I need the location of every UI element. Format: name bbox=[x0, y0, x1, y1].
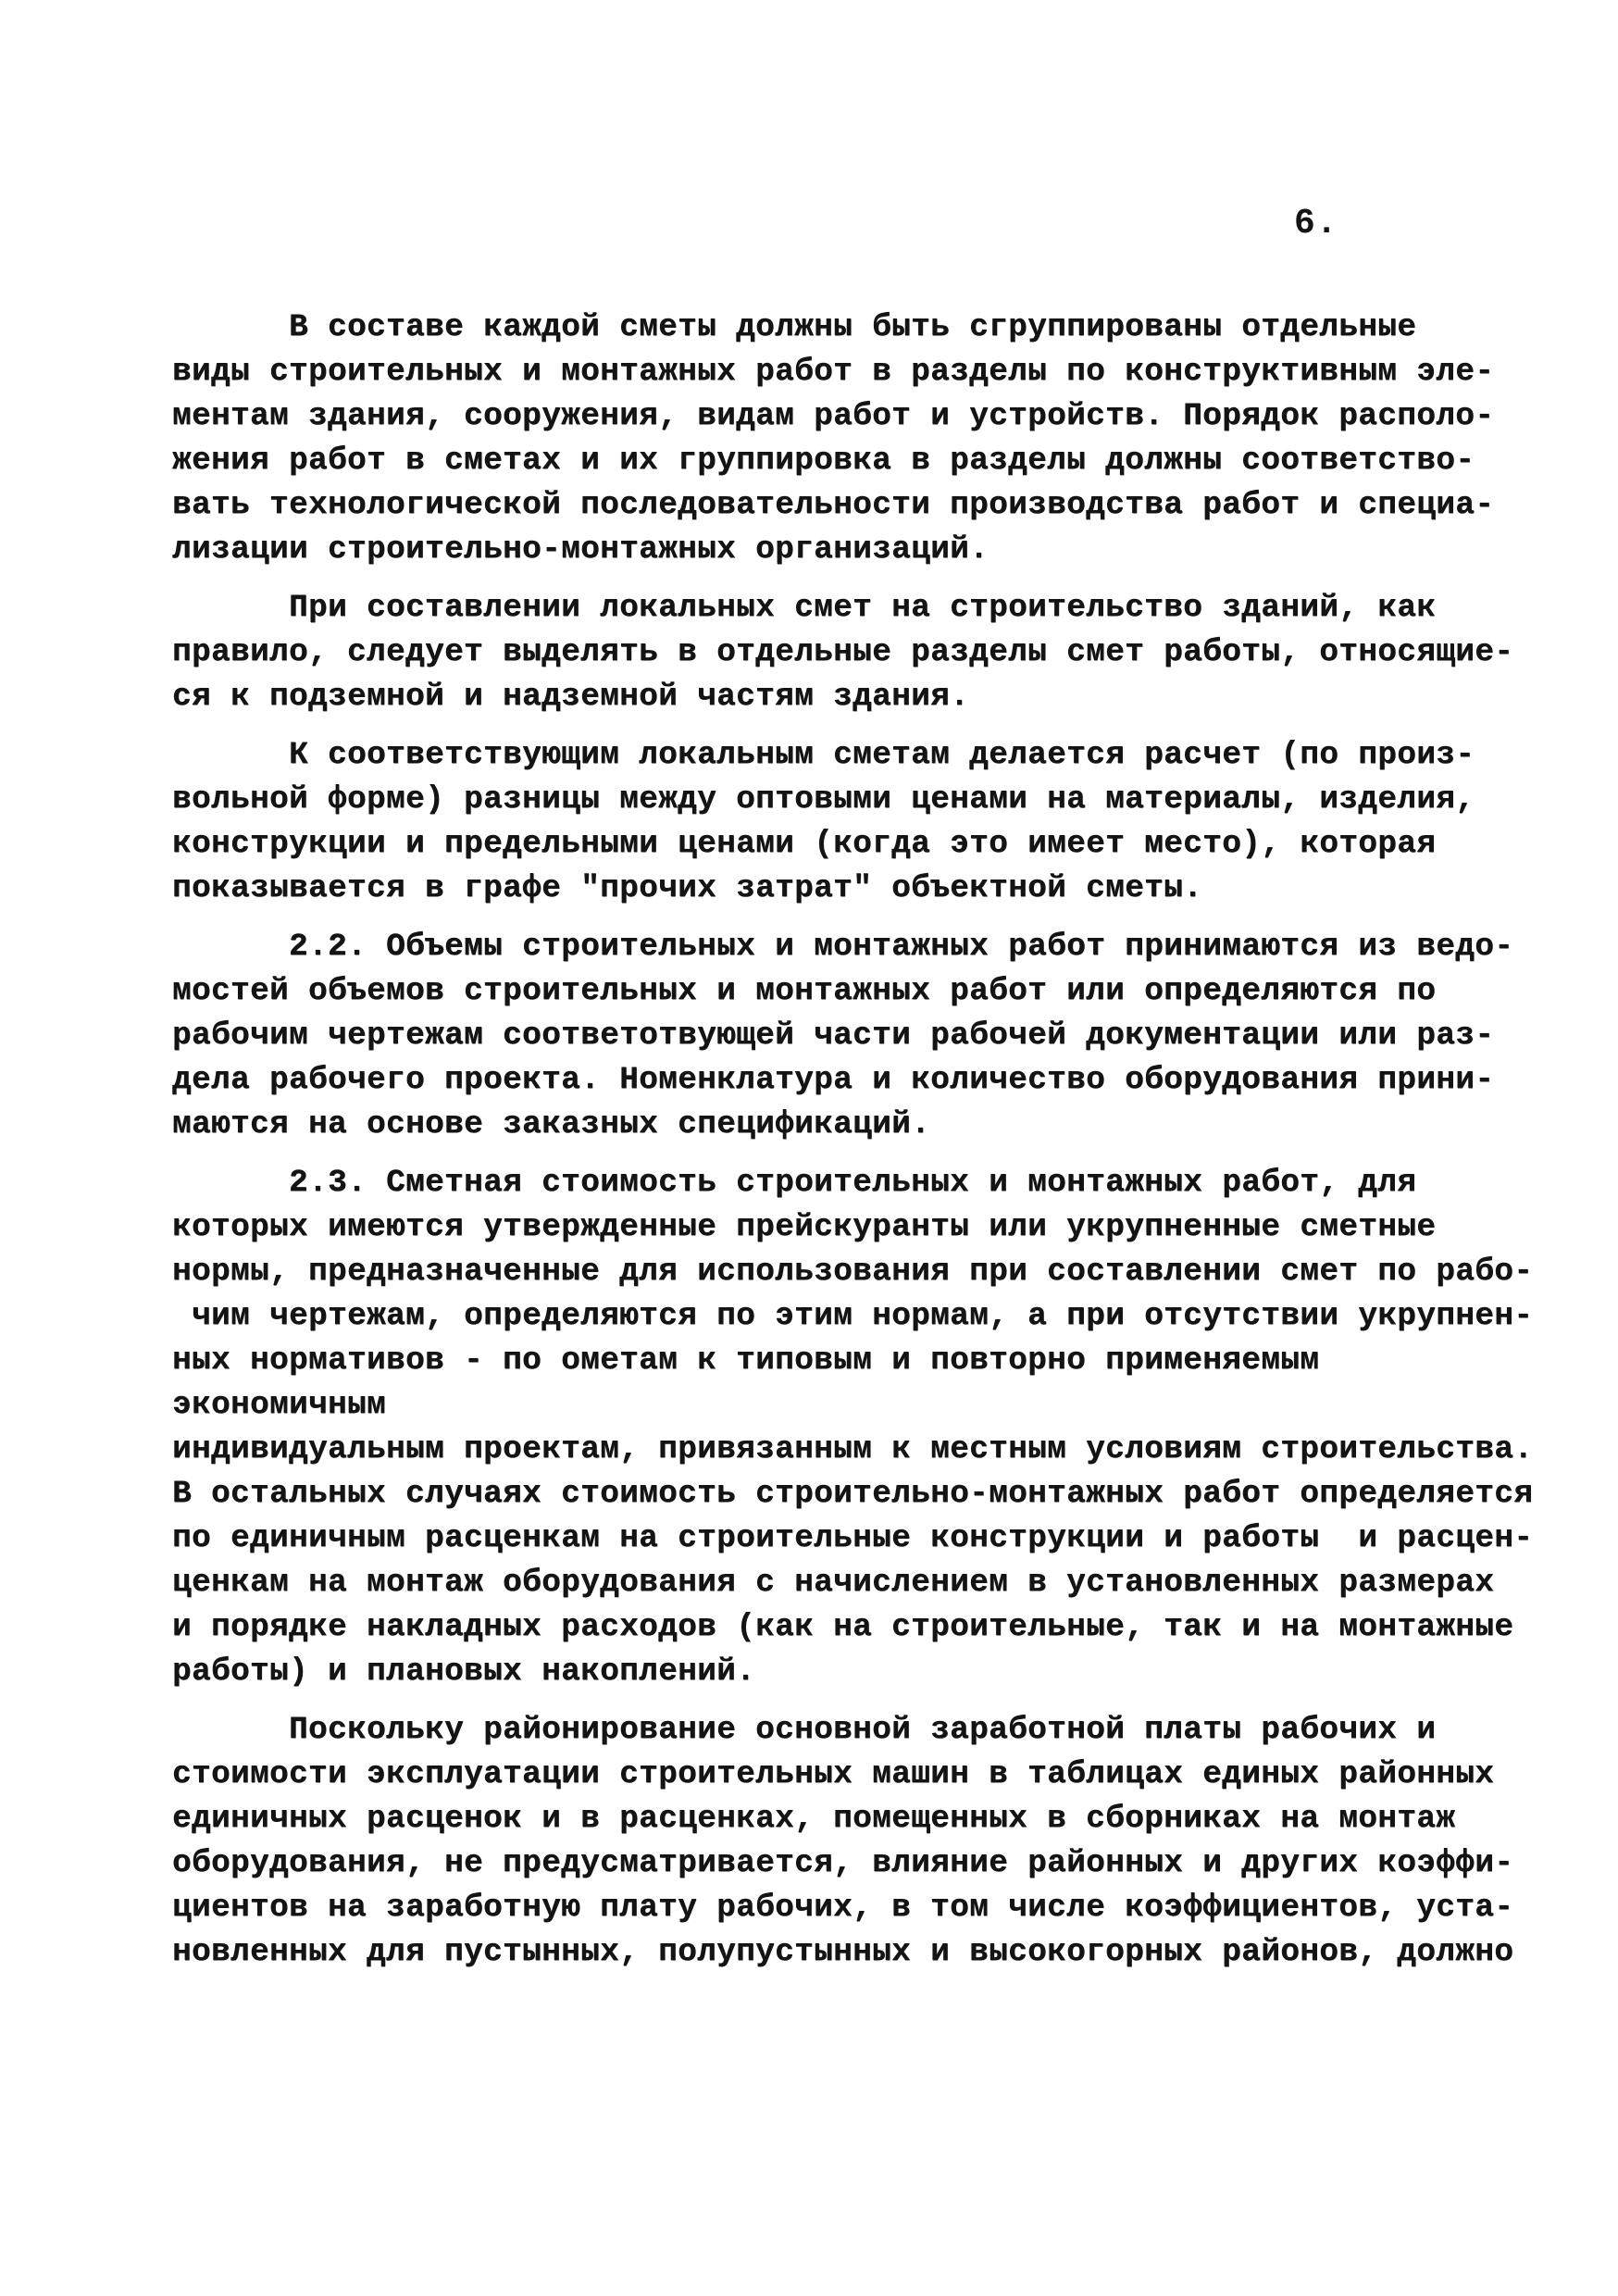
paragraph-2-2-volumes: 2.2. Объемы строительных и монтажных раб… bbox=[172, 925, 1542, 1147]
text-line: ментам здания, сооружения, видам работ и… bbox=[172, 394, 1542, 439]
paragraph-2-3-estimated-cost: 2.3. Сметная стоимость строительных и мо… bbox=[172, 1161, 1542, 1694]
text-line: индивидуальным проектам, привязанным к м… bbox=[172, 1428, 1542, 1472]
text-line: вать технологической последовательности … bbox=[172, 483, 1542, 528]
text-line: чим чертежам, определяются по этим норма… bbox=[172, 1294, 1542, 1339]
paragraph-price-difference: К соответствующим локальным сметам делае… bbox=[172, 733, 1542, 911]
text-line: конструкции и предельными ценами (когда … bbox=[172, 822, 1542, 867]
text-line: В остальных случаях стоимость строительн… bbox=[172, 1472, 1542, 1516]
document-body: В составе каждой сметы должны быть сгруп… bbox=[172, 306, 1542, 1975]
text-line: оборудования, не предусматривается, влия… bbox=[172, 1841, 1542, 1886]
page-number: 6. bbox=[1294, 202, 1338, 246]
text-line: и порядке накладных расходов (как на стр… bbox=[172, 1605, 1542, 1650]
text-line: показывается в графе "прочих затрат" объ… bbox=[172, 867, 1542, 911]
text-line: Поскольку районирование основной заработ… bbox=[172, 1708, 1542, 1753]
paragraph-local-estimates: При составлении локальных смет на строит… bbox=[172, 586, 1542, 719]
text-line: К соответствующим локальным сметам делае… bbox=[172, 733, 1542, 778]
text-line: лизации строительно-монтажных организаци… bbox=[172, 528, 1542, 572]
text-line: 2.3. Сметная стоимость строительных и мо… bbox=[172, 1161, 1542, 1205]
paragraph-regional-coefficients: Поскольку районирование основной заработ… bbox=[172, 1708, 1542, 1975]
text-line: новленных для пустынных, полупустынных и… bbox=[172, 1930, 1542, 1975]
text-line: правило, следует выделять в отдельные ра… bbox=[172, 630, 1542, 675]
text-line: В составе каждой сметы должны быть сгруп… bbox=[172, 306, 1542, 350]
document-page: 6. В составе каждой сметы должны быть сг… bbox=[0, 0, 1618, 2296]
text-line: маются на основе заказных спецификаций. bbox=[172, 1103, 1542, 1147]
text-line: ся к подземной и надземной частям здания… bbox=[172, 675, 1542, 719]
text-line: виды строительных и монтажных работ в ра… bbox=[172, 350, 1542, 394]
text-line: нормы, предназначенные для использования… bbox=[172, 1250, 1542, 1294]
text-line: дела рабочего проекта. Номенклатура и ко… bbox=[172, 1058, 1542, 1103]
text-line: которых имеются утвержденные прейскурант… bbox=[172, 1205, 1542, 1250]
text-line: рабочим чертежам соответотвующей части р… bbox=[172, 1014, 1542, 1058]
text-line: единичных расценок и в расценках, помеще… bbox=[172, 1797, 1542, 1841]
text-line: жения работ в сметах и их группировка в … bbox=[172, 439, 1542, 483]
text-line: При составлении локальных смет на строит… bbox=[172, 586, 1542, 630]
text-line: вольной форме) разницы между оптовыми це… bbox=[172, 778, 1542, 822]
text-line: мостей объемов строительных и монтажных … bbox=[172, 969, 1542, 1014]
text-line: циентов на заработную плату рабочих, в т… bbox=[172, 1886, 1542, 1930]
text-line: 2.2. Объемы строительных и монтажных раб… bbox=[172, 925, 1542, 969]
text-line: ценкам на монтаж оборудования с начислен… bbox=[172, 1561, 1542, 1605]
text-line: ных нормативов - по ометам к типовым и п… bbox=[172, 1339, 1542, 1428]
paragraph-intro-grouping: В составе каждой сметы должны быть сгруп… bbox=[172, 306, 1542, 572]
text-line: стоимости эксплуатации строительных маши… bbox=[172, 1753, 1542, 1797]
text-line: работы) и плановых накоплений. bbox=[172, 1650, 1542, 1694]
text-line: по единичным расценкам на строительные к… bbox=[172, 1516, 1542, 1561]
